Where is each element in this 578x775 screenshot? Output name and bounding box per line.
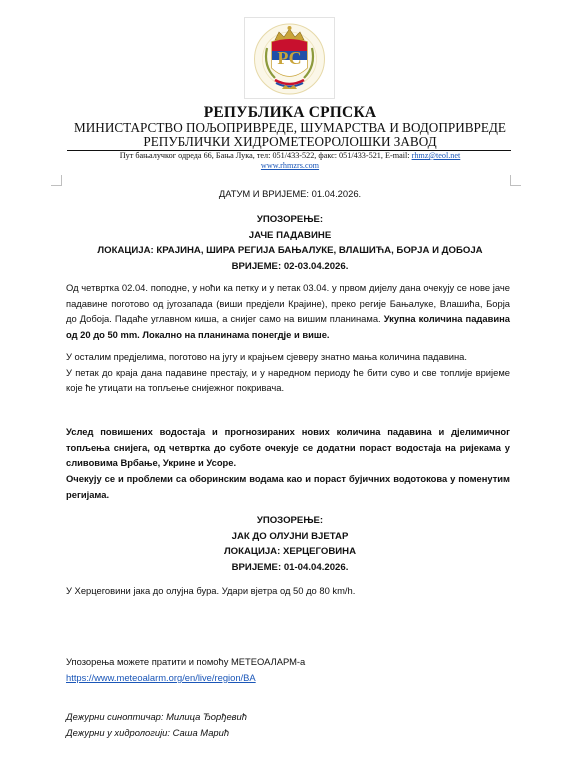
- date-time-line: ДАТУМ И ВРИЈЕМЕ: 01.04.2026.: [60, 186, 520, 202]
- warning-label: УПОЗОРЕЊЕ:: [60, 513, 520, 529]
- meteoalarm-note: Упозорења можете пратити и помоћу МЕТЕОА…: [66, 654, 510, 685]
- warning-location: ЛОКАЦИЈА: ХЕРЦЕГОВИНА: [60, 544, 520, 560]
- header-website: www.rhmzrs.com: [60, 161, 520, 170]
- paragraph-line: Услед повишених водостаја и прогнозирани…: [66, 424, 510, 471]
- address-text: Пут бањалучког одреда 66, Бања Лука, тел…: [120, 151, 412, 160]
- warning-time: ВРИЈЕМЕ: 02-03.04.2026.: [60, 259, 520, 275]
- crop-mark-left: [51, 175, 62, 186]
- paragraph-rain-forecast: Од четвртка 02.04. поподне, у ноћи ка пе…: [66, 280, 510, 343]
- meteoalarm-text: Упозорења можете пратити и помоћу МЕТЕОА…: [66, 654, 510, 670]
- warning-type: ЈАЧЕ ПАДАВИНЕ: [60, 228, 520, 244]
- header-address: Пут бањалучког одреда 66, Бања Лука, тел…: [60, 151, 520, 160]
- website-link[interactable]: www.rhmzrs.com: [261, 161, 319, 170]
- warning-location: ЛОКАЦИЈА: КРАЈИНА, ШИРА РЕГИЈА БАЊАЛУКЕ,…: [60, 243, 520, 259]
- meteoalarm-link[interactable]: https://www.meteoalarm.org/en/live/regio…: [66, 672, 256, 683]
- paragraph-line: У петак до краја дана падавине престају,…: [66, 365, 510, 396]
- document-page: РС РЕПУБЛИКА СРПСКА МИНИСТАРСТВО ПОЉОПРИ…: [0, 0, 578, 775]
- warning-block-rain: УПОЗОРЕЊЕ: ЈАЧЕ ПАДАВИНЕ ЛОКАЦИЈА: КРАЈИ…: [60, 212, 520, 274]
- svg-text:РС: РС: [277, 48, 301, 68]
- paragraph-water-levels: Услед повишених водостаја и прогнозирани…: [66, 424, 510, 503]
- duty-staff: Дежурни синоптичар: Милица Ђорђевић Дежу…: [66, 709, 510, 740]
- duty-hydrology: Дежурни у хидрологији: Саша Марић: [66, 725, 510, 741]
- paragraph-wind: У Херцеговини јака до олујна бура. Удари…: [66, 583, 510, 599]
- paragraph-line: Очекују се и проблеми са оборинским вода…: [66, 471, 510, 502]
- warning-label: УПОЗОРЕЊЕ:: [60, 212, 520, 228]
- warning-block-wind: УПОЗОРЕЊЕ: ЈАК ДО ОЛУЈНИ ВЈЕТАР ЛОКАЦИЈА…: [60, 513, 520, 575]
- duty-synoptic: Дежурни синоптичар: Милица Ђорђевић: [66, 709, 510, 725]
- header-institute: РЕПУБЛИЧКИ ХИДРОМЕТЕОРОЛОШКИ ЗАВОД: [60, 134, 520, 150]
- warning-time: ВРИЈЕМЕ: 01-04.04.2026.: [60, 560, 520, 576]
- warning-type: ЈАК ДО ОЛУЈНИ ВЈЕТАР: [60, 529, 520, 545]
- paragraph-other-regions: У осталим предјелима, поготово на југу и…: [66, 349, 510, 396]
- coat-of-arms-logo: РС: [244, 17, 335, 99]
- paragraph-line: У осталим предјелима, поготово на југу и…: [66, 349, 510, 365]
- emblem-icon: РС: [245, 18, 334, 98]
- email-link[interactable]: rhmz@teol.net: [412, 151, 461, 160]
- crop-mark-right: [510, 175, 521, 186]
